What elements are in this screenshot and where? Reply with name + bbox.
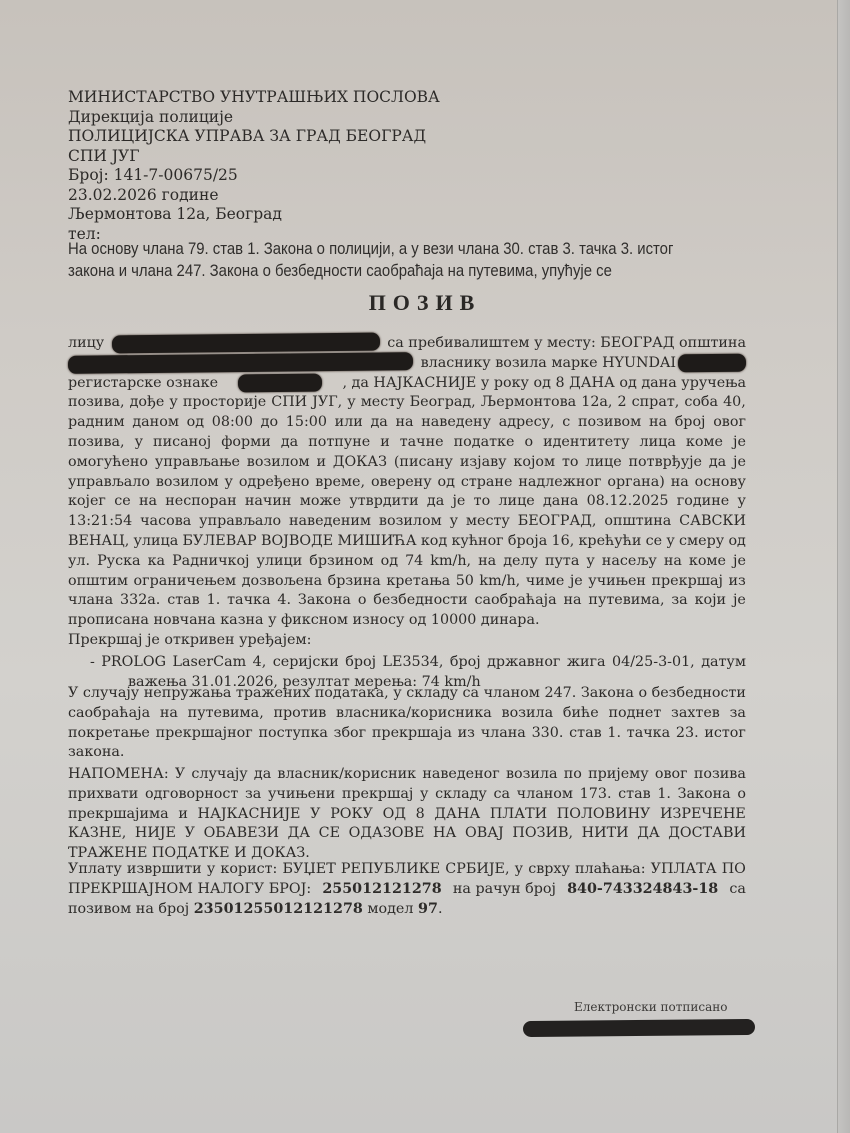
word: став bbox=[569, 724, 602, 744]
word: тачка bbox=[627, 724, 670, 744]
text: ПРЕКРШАЈНОМ НАЛОГУ БРОЈ: bbox=[68, 880, 311, 900]
word: став bbox=[618, 785, 651, 805]
paragraph-line: 13:21:54часовауправљалонаведенимвозилому… bbox=[68, 512, 746, 532]
word: захтев bbox=[671, 704, 720, 724]
redacted-plate bbox=[238, 373, 322, 392]
word: Београд, bbox=[410, 393, 476, 413]
word: о bbox=[638, 684, 647, 704]
word: идентитету bbox=[543, 433, 629, 453]
word: од bbox=[728, 532, 745, 552]
word: ПОЛОВИНУ bbox=[557, 805, 651, 825]
word: или bbox=[335, 413, 363, 433]
word: Закона bbox=[298, 591, 351, 611]
word: власник/корисник bbox=[277, 765, 416, 785]
word: ОД bbox=[383, 805, 406, 825]
word: ограничењем bbox=[134, 572, 237, 592]
word: у bbox=[737, 492, 745, 512]
word: је bbox=[733, 453, 746, 473]
note-paragraph: НАПОМЕНА:Услучајудавласник/корисникнавед… bbox=[68, 765, 746, 864]
word: возила bbox=[506, 765, 558, 785]
word: податке bbox=[454, 433, 515, 453]
word: ка bbox=[148, 552, 165, 572]
word: ВОЈВОДЕ bbox=[261, 532, 333, 552]
document-title: ПОЗИВ bbox=[0, 290, 850, 316]
summons-line: лицу са пребивалиштем у месту: БЕОГРАД о… bbox=[68, 334, 746, 354]
summons-line: прописана новчана казна у фиксном износу… bbox=[68, 611, 746, 631]
word: је bbox=[733, 433, 746, 453]
word: 04/25-3-01, bbox=[612, 653, 695, 673]
word: чиме bbox=[526, 572, 565, 592]
word: података, bbox=[315, 684, 389, 704]
word: поднет bbox=[608, 704, 661, 724]
word: 2 bbox=[618, 393, 627, 413]
word: и bbox=[178, 805, 188, 825]
word: 1. bbox=[207, 591, 221, 611]
word: у bbox=[450, 512, 458, 532]
word: 247. bbox=[544, 684, 576, 704]
word: 8 bbox=[416, 805, 425, 825]
word: РОКУ bbox=[330, 805, 373, 825]
word: ДОКАЗ bbox=[333, 453, 387, 473]
word: ПЛАТИ bbox=[490, 805, 547, 825]
word: потпуне bbox=[308, 433, 370, 453]
word: плаћања: bbox=[575, 860, 646, 880]
word: органа) bbox=[607, 473, 664, 493]
word: од bbox=[438, 473, 455, 493]
paragraph-line: којегсенанеспоранначинможеутврдитидајето… bbox=[68, 492, 746, 512]
word: у bbox=[420, 785, 428, 805]
paragraph-line: НАПОМЕНА:Услучајудавласник/корисникнавед… bbox=[68, 765, 746, 785]
word: серијски bbox=[273, 653, 339, 673]
word: од bbox=[381, 552, 398, 572]
word: основу bbox=[695, 473, 746, 493]
word: - bbox=[90, 653, 95, 673]
word: 13:21:54 bbox=[68, 512, 132, 532]
word: чланом bbox=[517, 785, 573, 805]
text: са пребивалиштем у месту: БЕОГРАД општин… bbox=[387, 334, 746, 354]
word: код bbox=[421, 532, 447, 552]
word: крећући bbox=[579, 532, 642, 552]
paragraph-line: саобраћајанапутевима,противвласника/кори… bbox=[68, 704, 746, 724]
word: складу bbox=[406, 684, 458, 704]
word: начин bbox=[245, 492, 292, 512]
word: КАЗНЕ, bbox=[68, 824, 126, 844]
word: власника/корисника bbox=[336, 704, 492, 724]
word: у bbox=[347, 393, 355, 413]
word: 08:00 bbox=[212, 413, 253, 433]
word: 40, bbox=[723, 393, 746, 413]
word: у bbox=[169, 393, 177, 413]
word: смеру bbox=[679, 532, 724, 552]
word: по bbox=[564, 765, 582, 785]
word: случају bbox=[83, 684, 139, 704]
word: је bbox=[733, 591, 746, 611]
word: ОДАЗОВЕ bbox=[349, 824, 425, 844]
word: биће bbox=[563, 704, 599, 724]
word: У bbox=[175, 765, 185, 785]
redacted-signature bbox=[523, 1019, 755, 1037]
word: улици bbox=[257, 552, 303, 572]
word: општина bbox=[604, 512, 671, 532]
account-number: 840-743324843-18 bbox=[567, 880, 718, 900]
word: у bbox=[515, 860, 523, 880]
word: покретање bbox=[68, 724, 150, 744]
word: број bbox=[675, 413, 706, 433]
word: БУЏЕТ bbox=[282, 860, 335, 880]
word: да bbox=[709, 453, 726, 473]
word: којег bbox=[68, 492, 106, 512]
word: У bbox=[310, 805, 320, 825]
word: који bbox=[695, 591, 727, 611]
word: путевима, bbox=[188, 704, 264, 724]
word: у bbox=[666, 532, 674, 552]
word: ДАНА bbox=[434, 805, 480, 825]
word: саобраћаја bbox=[68, 704, 150, 724]
word: 23. bbox=[676, 724, 699, 744]
redacted-address bbox=[68, 352, 413, 374]
word: тражених bbox=[236, 684, 310, 704]
word: кретања bbox=[386, 572, 450, 592]
word: 16, bbox=[552, 532, 575, 552]
word: одређено bbox=[239, 473, 310, 493]
word: возила bbox=[502, 704, 554, 724]
word: Закона bbox=[581, 684, 634, 704]
word: истог bbox=[704, 724, 746, 744]
word: саобраћаја bbox=[475, 591, 557, 611]
legal-basis-line: закона и члана 247. Закона о безбедности… bbox=[68, 260, 666, 282]
word: и bbox=[316, 453, 326, 473]
word: на bbox=[671, 473, 689, 493]
word: извршити bbox=[127, 860, 202, 880]
word: се bbox=[646, 532, 662, 552]
word: безбедности bbox=[652, 684, 746, 704]
word: надлежног bbox=[518, 473, 601, 493]
paragraph-line: општимограничењемдозвољенабрзинакретања5… bbox=[68, 572, 746, 592]
word: управљање bbox=[155, 453, 240, 473]
word: возилом bbox=[379, 512, 442, 532]
word: тачка bbox=[227, 591, 270, 611]
police-administration: ПОЛИЦИЈСКА УПРАВА ЗА ГРАД БЕОГРАД bbox=[68, 127, 440, 147]
paragraph-line: закона. bbox=[68, 743, 746, 763]
paragraph-line: члана332а.став1.тачка4.Законаобезбедност… bbox=[68, 591, 746, 611]
word: (писану bbox=[394, 453, 453, 473]
word: прихвати bbox=[68, 785, 138, 805]
word: писаној bbox=[153, 433, 211, 453]
word: о bbox=[737, 785, 746, 805]
paragraph-line: омогућеноуправљањевозиломиДОКАЗ(писануиз… bbox=[68, 453, 746, 473]
word: се bbox=[114, 492, 130, 512]
word: државног bbox=[487, 653, 560, 673]
payment-line: Уплатуизвршитиукорист:БУЏЕТРЕПУБЛИКЕСРБИ… bbox=[68, 860, 746, 880]
summons-paragraph: лицу са пребивалиштем у месту: БЕОГРАД о… bbox=[68, 334, 746, 631]
word: утврдити bbox=[349, 492, 418, 512]
redacted-name bbox=[112, 333, 380, 354]
paragraph-line: позива,уписанојформидапотпунеитачнеподат… bbox=[68, 433, 746, 453]
word: наведеним bbox=[289, 512, 371, 532]
word: Радничкој bbox=[172, 552, 249, 572]
directorate: Дирекција полиције bbox=[68, 108, 440, 128]
word: позивом bbox=[578, 413, 641, 433]
word: 4. bbox=[277, 591, 291, 611]
paragraph-line: позива,дођеупросторијеСПИЈУГ,уместуБеогр… bbox=[68, 393, 746, 413]
word: у bbox=[393, 684, 401, 704]
word: ПОЗИВ, bbox=[512, 824, 573, 844]
word: 74 bbox=[405, 552, 423, 572]
word: ПО bbox=[722, 860, 746, 880]
word: наведену bbox=[421, 413, 491, 433]
word: месту bbox=[361, 393, 405, 413]
word: због bbox=[334, 724, 367, 744]
word: прекршај bbox=[342, 785, 413, 805]
word: одговорност bbox=[145, 785, 238, 805]
word: о bbox=[358, 591, 367, 611]
word: стране bbox=[461, 473, 513, 493]
text: са bbox=[729, 880, 746, 900]
word: у bbox=[225, 473, 233, 493]
word: овог bbox=[655, 765, 688, 785]
word: прекршај bbox=[652, 572, 723, 592]
word: ИЗРЕЧЕНЕ bbox=[660, 805, 746, 825]
word: члана bbox=[68, 591, 113, 611]
ministry-name: МИНИСТАРСТВО УНУТРАШЊИХ ПОСЛОВА bbox=[68, 88, 440, 108]
word: лица bbox=[640, 433, 676, 453]
word: возилом bbox=[156, 473, 219, 493]
word: је bbox=[570, 572, 583, 592]
word: у bbox=[207, 860, 215, 880]
paragraph-line: ВЕНАЦ,улицаБУЛЕВАРВОЈВОДЕМИШИЋАкодкућног… bbox=[68, 532, 746, 552]
word: општим bbox=[68, 572, 128, 592]
word: од bbox=[187, 413, 204, 433]
word: пријему bbox=[588, 765, 649, 785]
word: ДОСТАВИ bbox=[668, 824, 746, 844]
word: Љермонтова bbox=[481, 393, 576, 413]
order-number: 255012121278 bbox=[322, 880, 441, 900]
word: на bbox=[563, 591, 581, 611]
word: омогућено bbox=[68, 453, 148, 473]
word: до bbox=[261, 413, 278, 433]
word: У bbox=[68, 684, 78, 704]
word: 50 bbox=[456, 572, 474, 592]
word: km/h, bbox=[479, 572, 520, 592]
word: улица bbox=[134, 532, 179, 552]
word: за bbox=[730, 704, 746, 724]
word: МИШИЋА bbox=[337, 532, 416, 552]
word: 4, bbox=[253, 653, 267, 673]
word: СПИ bbox=[271, 393, 307, 413]
word: наведеног bbox=[422, 765, 499, 785]
word: то bbox=[562, 453, 579, 473]
word: чланом bbox=[484, 684, 540, 704]
word: овог bbox=[713, 413, 746, 433]
word: коме bbox=[686, 433, 723, 453]
word: НАПОМЕНА: bbox=[68, 765, 169, 785]
word: на bbox=[478, 552, 496, 572]
word: ОВАЈ bbox=[465, 824, 504, 844]
word: дође bbox=[130, 393, 165, 413]
word: km/h, bbox=[430, 552, 471, 572]
word: коме bbox=[689, 552, 726, 572]
paragraph-line: управљаловозиломуодређеновреме,оверенуод… bbox=[68, 473, 746, 493]
word: ЈУГ, bbox=[312, 393, 342, 413]
word: на bbox=[395, 413, 413, 433]
paragraph-line: прекршајимаиНАЈКАСНИЈЕУРОКУОД8ДАНАПЛАТИП… bbox=[68, 805, 746, 825]
word: LaserCam bbox=[173, 653, 247, 673]
word: о bbox=[524, 433, 533, 453]
word: РЕПУБЛИКЕ bbox=[341, 860, 440, 880]
word: даном bbox=[132, 413, 179, 433]
word: Руска bbox=[97, 552, 141, 572]
letterhead: МИНИСТАРСТВО УНУТРАШЊИХ ПОСЛОВА Дирекциј… bbox=[68, 88, 440, 244]
payment-model: 97 bbox=[418, 900, 438, 920]
word: путевима, bbox=[588, 591, 664, 611]
word: изјаву bbox=[460, 453, 507, 473]
text: модел bbox=[367, 900, 413, 920]
word: возилом bbox=[247, 453, 310, 473]
word: позива, bbox=[68, 393, 125, 413]
word: број bbox=[450, 653, 481, 673]
word: складу bbox=[435, 785, 487, 805]
summons-line: власнику возила марке HYUNDAI bbox=[68, 354, 746, 374]
word: брзином bbox=[309, 552, 373, 572]
word: за bbox=[671, 591, 687, 611]
word: броја bbox=[508, 532, 547, 552]
word: дозвољена bbox=[242, 572, 322, 592]
word: корист: bbox=[220, 860, 277, 880]
word: поступка bbox=[258, 724, 327, 744]
payment-line: позивом на број 23501255012121278 модел … bbox=[68, 900, 746, 920]
redacted-model bbox=[678, 353, 746, 372]
text: лицу bbox=[68, 334, 104, 354]
word: НА bbox=[433, 824, 456, 844]
word: може bbox=[300, 492, 341, 512]
word: Закона bbox=[678, 785, 731, 805]
word: став bbox=[167, 591, 200, 611]
word: из bbox=[729, 572, 746, 592]
page-edge bbox=[837, 0, 850, 1133]
word: оверену bbox=[371, 473, 432, 493]
paragraph-line: раднимданомод08:00до15:00илидананаведену… bbox=[68, 413, 746, 433]
word: соба bbox=[684, 393, 718, 413]
word: БУЛЕВАР bbox=[183, 532, 257, 552]
word: насељу bbox=[602, 552, 657, 572]
word: прекршаја bbox=[372, 724, 452, 744]
text: регистарске ознаке bbox=[68, 374, 218, 394]
word: СРБИЈЕ, bbox=[445, 860, 509, 880]
device-line: -PROLOGLaserCam4,серијскибројLE3534,број… bbox=[90, 653, 746, 673]
case-number: Број: 141-7-00675/25 bbox=[68, 166, 440, 186]
word: PROLOG bbox=[101, 653, 166, 673]
word: прекршајима bbox=[68, 805, 169, 825]
word: неспоран bbox=[165, 492, 236, 512]
word: на bbox=[664, 552, 682, 572]
word: 08.12.2025 bbox=[587, 492, 669, 512]
word: године bbox=[677, 492, 729, 512]
word: НИТИ bbox=[582, 824, 629, 844]
word: ДА bbox=[288, 824, 310, 844]
word: месту bbox=[466, 512, 510, 532]
word: је bbox=[452, 492, 465, 512]
reference-number: 23501255012121278 bbox=[194, 900, 363, 920]
word: број bbox=[345, 653, 376, 673]
word: из bbox=[458, 724, 475, 744]
word: управљало bbox=[68, 473, 150, 493]
text: . bbox=[438, 900, 443, 920]
word: УПЛАТА bbox=[651, 860, 717, 880]
word: сврху bbox=[528, 860, 570, 880]
word: је bbox=[733, 552, 746, 572]
paragraph-line: прихватиодговорностзаучињенипрекршајускл… bbox=[68, 785, 746, 805]
word: форми bbox=[221, 433, 271, 453]
word: НИЈЕ bbox=[135, 824, 176, 844]
word: на bbox=[139, 492, 157, 512]
paragraph-line: КАЗНЕ,НИЈЕУОБАВЕЗИДАСЕОДАЗОВЕНАОВАЈПОЗИВ… bbox=[68, 824, 746, 844]
word: брзина bbox=[328, 572, 381, 592]
word: безбедности bbox=[373, 591, 467, 611]
word: 15:00 bbox=[286, 413, 327, 433]
word: у bbox=[586, 552, 594, 572]
word: НАЈКАСНИЈЕ bbox=[198, 805, 301, 825]
word: прекршајног bbox=[156, 724, 253, 744]
word: пута bbox=[545, 552, 579, 572]
paragraph-line: покретањепрекршајногпоступказбогпрекршај… bbox=[68, 724, 746, 744]
word: и bbox=[380, 433, 390, 453]
word: време, bbox=[315, 473, 365, 493]
word: то bbox=[474, 492, 491, 512]
word: да bbox=[281, 433, 298, 453]
word: ДА bbox=[637, 824, 659, 844]
word: да bbox=[254, 765, 271, 785]
text: , да НАЈКАСНИЈЕ у року од 8 ДАНА од дана… bbox=[342, 374, 746, 394]
word: с bbox=[562, 413, 570, 433]
text: на рачун број bbox=[453, 880, 556, 900]
word: 1. bbox=[607, 724, 621, 744]
word: ОБАВЕЗИ bbox=[204, 824, 279, 844]
word: са bbox=[493, 785, 510, 805]
word: радним bbox=[68, 413, 125, 433]
word: позива, bbox=[68, 433, 125, 453]
word: LE3534, bbox=[383, 653, 444, 673]
word: позива bbox=[694, 765, 746, 785]
word: дана bbox=[543, 492, 578, 512]
word: жига bbox=[567, 653, 606, 673]
word: тачне bbox=[400, 433, 444, 453]
paragraph-line: ул.РускакаРадничкојулицибрзиномод74km/h,… bbox=[68, 552, 746, 572]
word: датум bbox=[701, 653, 746, 673]
word: У bbox=[185, 824, 195, 844]
word: кућног bbox=[451, 532, 503, 552]
station: СПИ ЈУГ bbox=[68, 147, 440, 167]
word: САВСКИ bbox=[679, 512, 746, 532]
word: потврђује bbox=[629, 453, 702, 473]
paragraph-line: Услучајунепружањатраженихподатака,усклад… bbox=[68, 684, 746, 704]
word: БЕОГРАД, bbox=[518, 512, 597, 532]
word: лице bbox=[585, 453, 621, 473]
word: на bbox=[649, 413, 667, 433]
word: часова bbox=[140, 512, 191, 532]
word: адресу, bbox=[499, 413, 555, 433]
legal-basis-line: На основу члана 79. став 1. Закона о пол… bbox=[68, 238, 666, 260]
word: против bbox=[274, 704, 327, 724]
word: 173. bbox=[580, 785, 612, 805]
word: учињени bbox=[268, 785, 335, 805]
word: просторије bbox=[183, 393, 266, 413]
word: учињен bbox=[588, 572, 646, 592]
payment-paragraph: Уплатуизвршитиукорист:БУЏЕТРЕПУБЛИКЕСРБИ… bbox=[68, 860, 746, 919]
word: управљало bbox=[199, 512, 281, 532]
word: случају bbox=[191, 765, 247, 785]
document-date: 23.02.2026 године bbox=[68, 186, 440, 206]
word: спрат, bbox=[632, 393, 680, 413]
